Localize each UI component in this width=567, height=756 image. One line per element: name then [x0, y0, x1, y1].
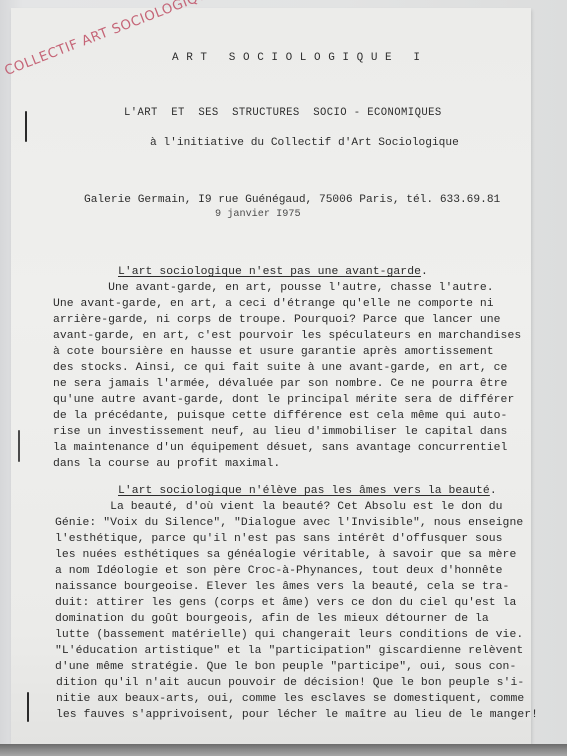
body-text-line: de la précédante, puisque cette différen…	[53, 408, 507, 424]
body-text-line: naissance bourgeoise. Elever les âmes ve…	[55, 579, 509, 595]
body-text-line: Une avant-garde, en art, a ceci d'étrang…	[53, 296, 494, 312]
document-date: 9 janvier I975	[215, 209, 301, 220]
margin-mark-middle	[18, 430, 20, 462]
body-text-line: dans la course au profit maximal.	[53, 456, 280, 472]
body-text-line: "L'éducation artistique" et la "particip…	[55, 643, 523, 659]
margin-mark-top	[25, 111, 27, 142]
body-text-line: Une avant-garde, en art, pousse l'autre,…	[53, 280, 494, 296]
body-text-line: La beauté, d'où vient la beauté? Cet Abs…	[55, 499, 503, 515]
section-heading: L'art sociologique n'est pas une avant-g…	[118, 264, 428, 280]
body-text-line: dition qu'il n'ait aucun pouvoir de déci…	[56, 675, 524, 691]
body-text-line: duit: attirer les gens (corps et âme) ve…	[55, 595, 516, 611]
body-text-line: nitie aux beaux-arts, oui, comme les esc…	[56, 691, 524, 707]
section-heading-text: L'art sociologique n'est pas une avant-g…	[118, 266, 421, 278]
body-text-line: les nuées esthétiques sa généalogie véri…	[55, 547, 516, 563]
section-heading: L'art sociologique n'élève pas les âmes …	[118, 483, 497, 499]
body-text-line: rise un investissement neuf, au lieu d'i…	[53, 424, 507, 440]
body-text-line: arrière-garde, ni corps de troupe. Pourq…	[53, 312, 501, 328]
body-text-line: des stocks. Ainsi, ce qui fait suite à u…	[53, 360, 507, 376]
body-text-line: Génie: "Voix du Silence", "Dialogue avec…	[55, 515, 523, 531]
page-bottom-shadow	[0, 744, 567, 756]
section-heading-text: L'art sociologique n'élève pas les âmes …	[118, 485, 490, 497]
body-text-line: d'une même stratégie. Que le bon peuple …	[55, 659, 516, 675]
body-text-line: avant-garde, en art, c'est pourvoir les …	[53, 328, 521, 344]
body-text-line: les fauves s'apprivoisent, pour lécher l…	[56, 707, 538, 723]
body-text-line: a nom Idéologie et son père Croc-à-Phyna…	[55, 563, 503, 579]
body-text-line: qu'une autre avant-garde, dont le princi…	[53, 392, 514, 408]
margin-mark-bottom	[27, 692, 29, 722]
body-text-line: l'esthétique, parce qu'il n'est pas sans…	[55, 531, 503, 547]
body-text-line: lutte (bassement matérielle) qui changer…	[55, 627, 523, 643]
body-text-line: ne sera jamais l'armée, dévaluée par son…	[53, 376, 507, 392]
document-subtitle: L'ART ET SES STRUCTURES SOCIO - ECONOMIQ…	[124, 107, 442, 119]
body-text-line: à cote boursière en hausse et usure gara…	[53, 344, 494, 360]
body-text-line: domination du goût bourgeois, afin de le…	[55, 611, 489, 627]
document-title: ART SOCIOLOGIQUE I	[172, 52, 428, 64]
gallery-address: Galerie Germain, I9 rue Guénégaud, 75006…	[84, 194, 500, 206]
initiative-line: à l'initiative du Collectif d'Art Sociol…	[150, 137, 459, 149]
body-text-line: la maintenance d'un équipement désuet, s…	[53, 440, 507, 456]
